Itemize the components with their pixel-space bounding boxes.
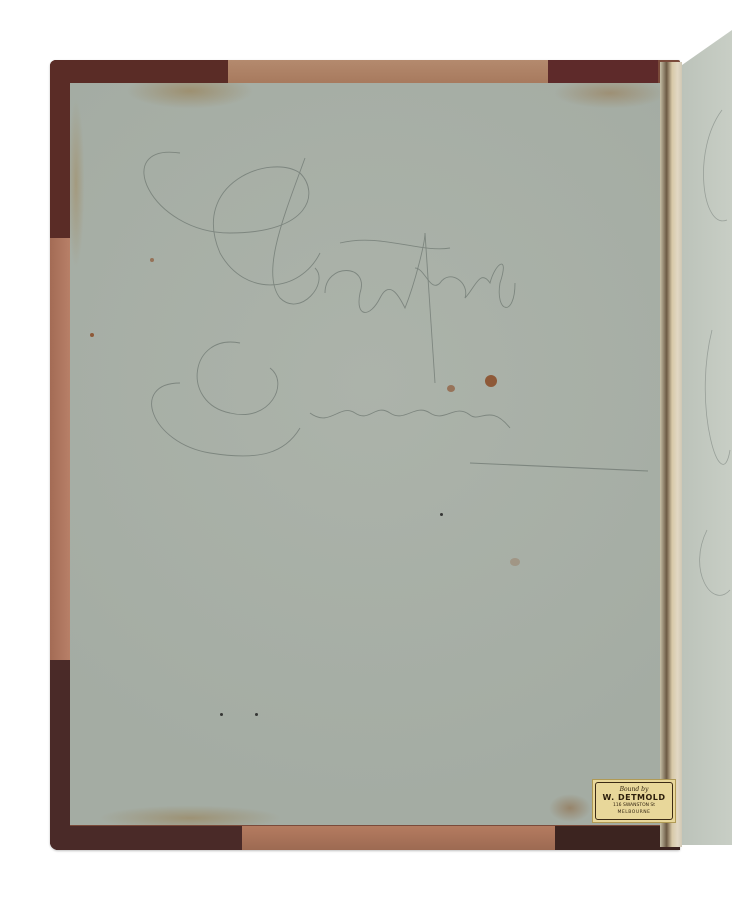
book-photo: Bound by W. DETMOLD 116 SWANSTON St MELB… [0,0,732,900]
foxing-stain [510,558,520,566]
cloth-edge-top [225,60,555,84]
binder-ticket: Bound by W. DETMOLD 116 SWANSTON St MELB… [592,779,676,823]
pastedown-paper [70,83,660,825]
facing-page [682,30,732,845]
pencil-inscription [70,83,660,825]
ticket-street: 116 SWANSTON St [613,804,655,809]
facing-page-pencil-script [682,30,732,845]
cloth-edge-bottom [240,826,560,850]
foxing-dot [150,258,154,262]
leather-corner-top-right [548,60,658,84]
foxing-dot [90,333,94,337]
ticket-city: MELBOURNE [618,811,651,816]
leather-corner-top-left-side [50,60,70,238]
ticket-binder-name: W. DETMOLD [602,794,665,802]
ink-dot [220,713,223,716]
foxing-stain [485,375,497,387]
ink-dot [255,713,258,716]
leather-corner-top-left [50,60,228,84]
leather-corner-bottom-left [50,826,242,850]
binder-ticket-frame: Bound by W. DETMOLD 116 SWANSTON St MELB… [595,782,673,820]
foxing-stain [447,385,455,392]
cloth-edge-left [50,235,70,665]
leather-corner-bottom-left-side [50,660,70,850]
ink-dot [440,513,443,516]
book-gutter [660,62,682,847]
